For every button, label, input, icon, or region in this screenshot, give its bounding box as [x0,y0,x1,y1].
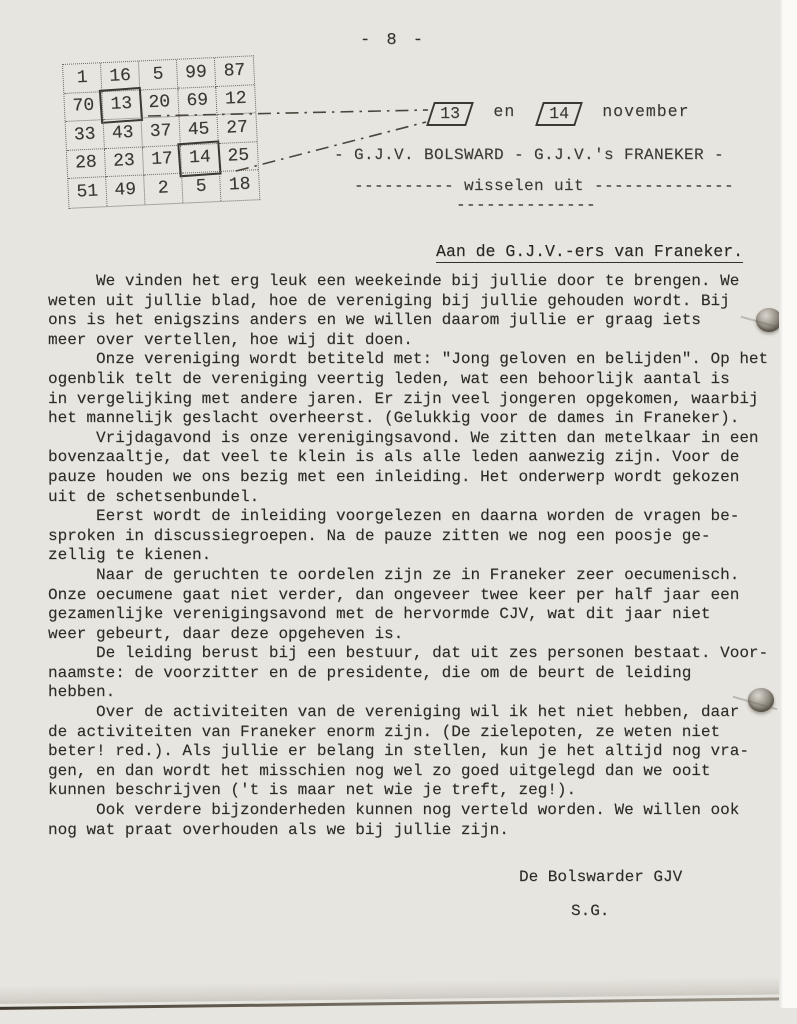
grid-cell: 69 [178,87,217,117]
grid-cell: 1 [63,63,102,93]
salutation: Aan de G.J.V.-ers van Franeker. [436,242,743,263]
paragraph: Ook verdere bijzonderheden kunnen nog ve… [48,801,768,840]
paragraph: Vrijdagavond is onze verenigingsavond. W… [48,429,768,507]
grid-cell: 51 [68,177,107,207]
signature-initials: S.G. [571,902,609,920]
grid-cell: 99 [177,58,216,88]
scanned-letter-page: - 8 - 1165998770132069123343374527282317… [0,0,797,1024]
grid-cell: 2 [144,174,183,204]
grid-cell: 18 [220,170,259,200]
grid-cell: 27 [217,113,256,143]
page-number: - 8 - [360,31,426,50]
page-right-edge [779,0,797,1008]
grid-cell: 12 [216,85,255,115]
grid-cell: 14 [181,143,220,173]
grid-cell: 13 [102,90,141,120]
date-conjunction: en [493,102,515,121]
paragraph: De leiding berust bij een bestuur, dat u… [48,644,768,703]
date-line: 13 en 14 november [424,102,697,126]
paragraph: Onze vereniging wordt betiteld met: "Jon… [48,350,768,428]
grid-cell: 87 [215,56,254,86]
day-13: 13 [440,104,460,123]
exchange-line: ---------- wisselen uit -------------- [354,177,734,195]
grid-cell: 17 [143,145,182,175]
paragraph: Eerst wordt de inleiding voorgelezen en … [48,507,768,566]
grid-cell: 23 [105,147,144,177]
grid-cell: 5 [182,172,221,202]
paragraph: Over de activiteiten van de vereniging w… [48,703,768,801]
grid-cell: 33 [66,120,105,150]
dashes-line: -------------- [456,196,596,214]
number-grid: 1165998770132069123343374527282317142551… [62,55,260,208]
grid-cell: 49 [106,175,145,205]
signature-organization: De Bolswarder GJV [519,868,682,886]
day-box-14: 14 [535,102,583,126]
paper-fastener-bottom [748,688,774,712]
grid-cell: 28 [67,149,106,179]
grid-cell: 43 [104,118,143,148]
paragraph: We vinden het erg leuk een weekeinde bij… [48,272,768,350]
grid-cell: 37 [142,117,181,147]
organizations-line: - G.J.V. BOLSWARD - G.J.V.'s FRANEKER - [334,146,724,164]
body-paragraphs: We vinden het erg leuk een weekeinde bij… [48,272,768,840]
grid-cell: 5 [139,60,178,90]
paragraph: Naar de geruchten te oordelen zijn ze in… [48,566,768,644]
day-14: 14 [549,104,569,123]
date-month: november [602,102,689,121]
grid-cell: 70 [64,92,103,122]
grid-cell: 25 [219,142,258,172]
day-box-13: 13 [426,102,474,126]
grid-cell: 20 [140,88,179,118]
